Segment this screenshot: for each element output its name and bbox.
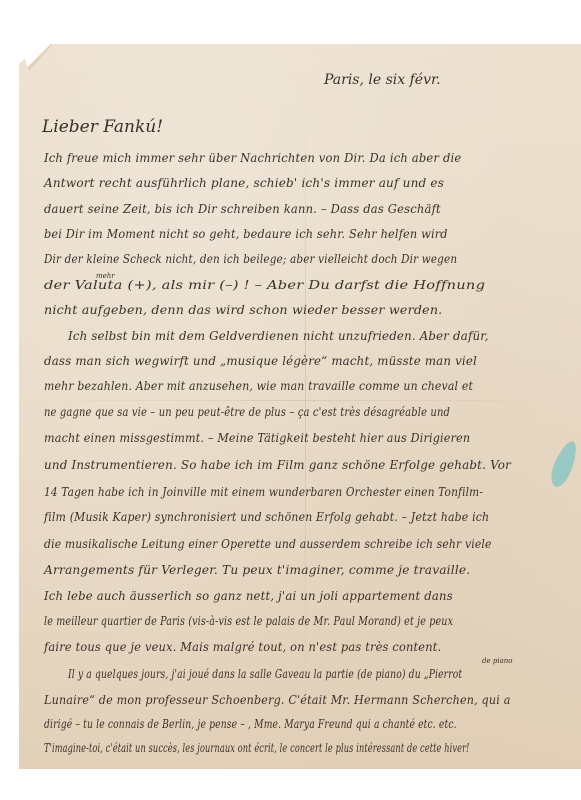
- letter-line-18: Ich lebe auch äusserlich so ganz nett, j…: [44, 588, 453, 603]
- letter-line-24: T'imagine-toi, c'était un succès, les jo…: [44, 740, 470, 755]
- letter-line-23: dirigé – tu le connais de Berlin, je pen…: [44, 716, 457, 731]
- handwritten-letter: Paris, le six févr. Lieber Fankú! Ich fr…: [0, 0, 581, 800]
- scan-background: Paris, le six févr. Lieber Fankú! Ich fr…: [0, 0, 581, 800]
- letter-line-1: Ich freue mich immer sehr über Nachricht…: [44, 150, 461, 165]
- letter-line-14: 14 Tagen habe ich in Joinville mit einem…: [44, 484, 483, 499]
- letter-line-20: faire tous que je veux. Mais malgré tout…: [44, 639, 441, 654]
- dateline: Paris, le six févr.: [324, 72, 441, 88]
- letter-line-22: Lunaire“ de mon professeur Schoenberg. C…: [44, 692, 511, 707]
- letter-line-6: der Valuta (+), als mir (–) ! – Aber Du …: [44, 277, 485, 292]
- letter-line-17: Arrangements für Verleger. Tu peux t'ima…: [44, 562, 470, 577]
- letter-line-10: mehr bezahlen. Aber mit anzusehen, wie m…: [44, 378, 473, 393]
- letter-line-8: Ich selbst bin mit dem Geldverdienen nic…: [68, 328, 489, 343]
- letter-line-19: le meilleur quartier de Paris (vis-à-vis…: [44, 613, 453, 628]
- letter-line-3: dauert seine Zeit, bis ich Dir schreiben…: [44, 201, 441, 216]
- letter-line-16: die musikalische Leitung einer Operette …: [44, 536, 492, 551]
- letter-line-12: macht einen missgestimmt. – Meine Tätigk…: [44, 430, 470, 445]
- letter-line-2: Antwort recht ausführlich plane, schieb'…: [44, 175, 444, 190]
- letter-line-15: film (Musik Kaper) synchronisiert und sc…: [44, 509, 489, 524]
- letter-line-13: und Instrumentieren. So habe ich im Film…: [44, 457, 511, 472]
- interlinear-note-de-piano: de piano: [482, 657, 512, 665]
- letter-line-5: Dir der kleine Scheck nicht, den ich bei…: [44, 251, 457, 266]
- letter-line-21: Il y a quelques jours, j'ai joué dans la…: [68, 666, 462, 681]
- letter-line-4: bei Dir im Moment nicht so geht, bedaure…: [44, 226, 448, 241]
- letter-line-7: nicht aufgeben, denn das wird schon wied…: [44, 302, 442, 317]
- salutation: Lieber Fankú!: [42, 117, 163, 137]
- letter-line-9: dass man sich wegwirft und „musique légè…: [44, 353, 477, 368]
- letter-line-11: ne gagne que sa vie – un peu peut-être d…: [44, 404, 450, 419]
